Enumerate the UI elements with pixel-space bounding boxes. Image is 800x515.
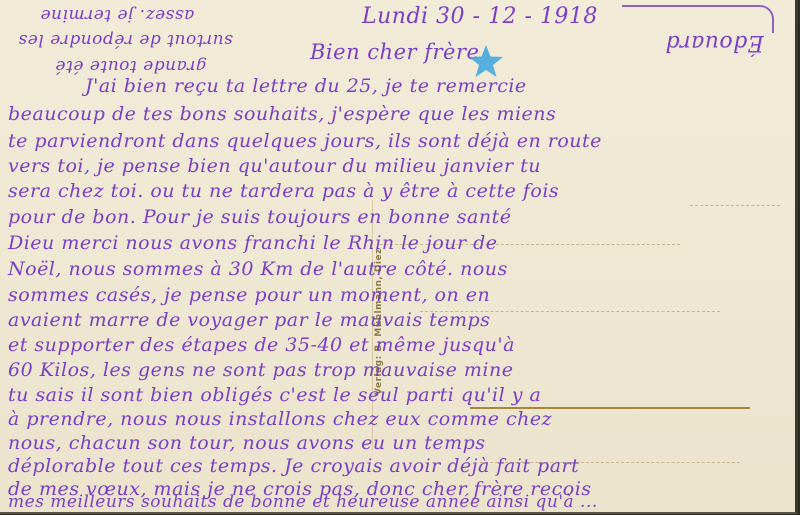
gold-underline — [470, 407, 750, 409]
body-line: nous, chacun son tour, nous avons eu un … — [8, 432, 486, 454]
upside-down-note-line: assez. je termine — [40, 5, 194, 25]
upside-down-note-line: grande toute été — [55, 56, 207, 76]
body-line: avaient marre de voyager par le mauvais … — [8, 309, 490, 331]
postcard: assez. je termine surtout de répondre le… — [0, 0, 798, 514]
body-line: pour de bon. Pour je suis toujours en bo… — [8, 206, 512, 228]
body-line: 60 Kilos, les gens ne sont pas trop mauv… — [8, 359, 513, 381]
body-line: et supporter des étapes de 35-40 et même… — [8, 334, 515, 356]
star-icon — [468, 44, 504, 78]
signature-flourish — [622, 5, 774, 33]
body-line: à prendre, nous nous installons chez eux… — [8, 408, 552, 430]
body-line: tu sais il sont bien obligés c'est le se… — [8, 384, 541, 406]
body-line: vers toi, je pense bien qu'autour du mil… — [8, 155, 541, 177]
upside-down-note-line: surtout de répondre les — [18, 30, 233, 50]
letter-date: Lundi 30 - 12 - 1918 — [362, 4, 598, 29]
dashed-rule — [690, 205, 780, 206]
body-line: sera chez toi. ou tu ne tardera pas à y … — [8, 180, 559, 202]
body-line: te parviendront dans quelques jours, ils… — [8, 130, 602, 152]
body-line: Dieu merci nous avons franchi le Rhin le… — [8, 232, 498, 254]
body-line: J'ai bien reçu ta lettre du 25, je te re… — [85, 75, 527, 97]
body-line: sommes casés, je pense pour un moment, o… — [8, 284, 490, 306]
body-line: mes meilleurs souhaits de bonne et heure… — [8, 492, 598, 512]
signature: Édouard — [665, 30, 764, 55]
body-line: beaucoup de tes bons souhaits, j'espère … — [8, 103, 556, 125]
body-line: Noël, nous sommes à 30 Km de l'autre côt… — [8, 258, 508, 280]
body-line: déplorable tout ces temps. Je croyais av… — [8, 455, 579, 477]
letter-greeting: Bien cher frère — [310, 40, 479, 64]
